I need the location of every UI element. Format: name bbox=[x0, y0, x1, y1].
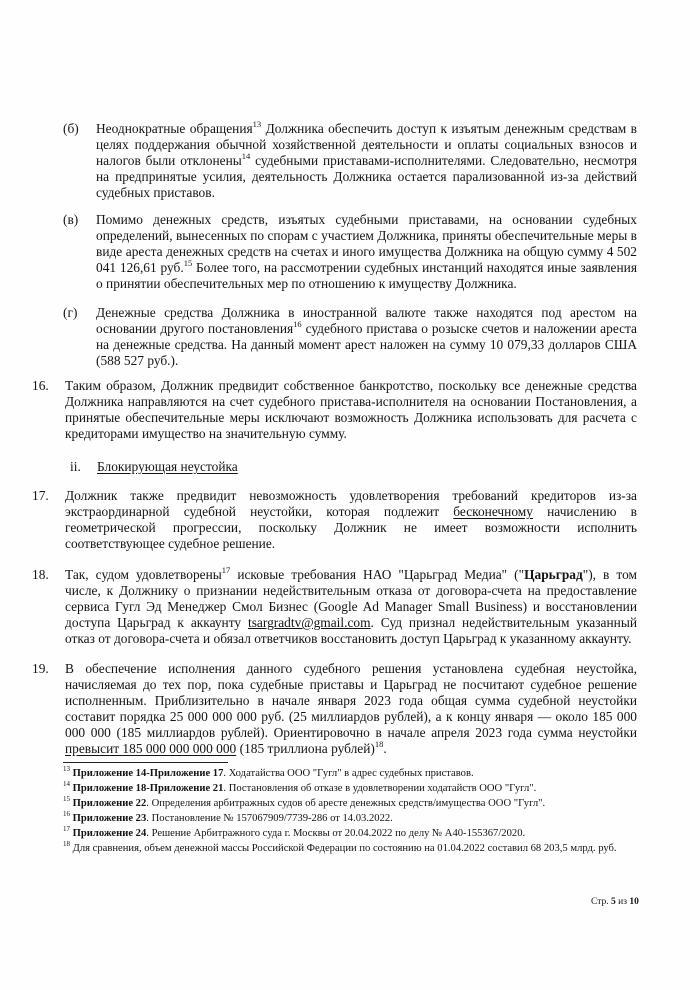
document-page: (б) Неоднократные обращения13 Должника о… bbox=[0, 0, 700, 990]
paragraph-number: 17. bbox=[32, 488, 49, 504]
sub-item-v: (в) Помимо денежных средств, изъятых суд… bbox=[63, 212, 637, 292]
paragraph-18: 18. Так, судом удовлетворены17 исковые т… bbox=[32, 567, 637, 647]
sub-item-label: (в) bbox=[63, 212, 78, 228]
defined-term: Царьград bbox=[524, 567, 583, 582]
footnote-ref[interactable]: 14 bbox=[242, 151, 251, 161]
footnote-15: 15 Приложение 22. Определения арбитражны… bbox=[63, 798, 637, 810]
underlined-text: бесконечному bbox=[453, 504, 533, 519]
footnote-ref[interactable]: 15 bbox=[184, 258, 193, 268]
footnote-18: 18 Для сравнения, объем денежной массы Р… bbox=[63, 843, 637, 855]
footnote-separator bbox=[63, 762, 228, 763]
paragraph-number: 19. bbox=[32, 661, 49, 677]
footnote-ref[interactable]: 13 bbox=[253, 119, 262, 129]
underlined-text: превысит 185 000 000 000 000 bbox=[65, 741, 236, 756]
sub-item-label: (г) bbox=[63, 305, 77, 321]
email-link[interactable]: tsargradtv@gmail.com bbox=[248, 615, 371, 630]
sub-item-g: (г) Денежные средства Должника в иностра… bbox=[63, 305, 637, 369]
sub-item-text: Денежные средства Должника в иностранной… bbox=[96, 305, 637, 369]
paragraph-text: Должник также предвидит невозможность уд… bbox=[65, 488, 637, 552]
page-number: Стр. 5 из 10 bbox=[591, 897, 639, 907]
section-number: ii. bbox=[70, 459, 81, 474]
paragraph-text: В обеспечение исполнения данного судебно… bbox=[65, 661, 637, 757]
paragraph-16: 16. Таким образом, Должник предвидит соб… bbox=[32, 378, 637, 442]
footnote-17: 17 Приложение 24. Решение Арбитражного с… bbox=[63, 828, 637, 840]
sub-item-label: (б) bbox=[63, 121, 79, 137]
sub-item-text: Помимо денежных средств, изъятых судебны… bbox=[96, 212, 637, 292]
footnote-ref[interactable]: 18 bbox=[375, 739, 384, 749]
paragraph-text: Таким образом, Должник предвидит собстве… bbox=[65, 378, 637, 442]
paragraph-number: 16. bbox=[32, 378, 49, 394]
footnote-14: 14 Приложение 18-Приложение 21. Постанов… bbox=[63, 783, 637, 795]
paragraph-number: 18. bbox=[32, 567, 49, 583]
footnote-16: 16 Приложение 23. Постановление № 157067… bbox=[63, 813, 637, 825]
footnote-ref[interactable]: 16 bbox=[293, 319, 302, 329]
sub-item-b: (б) Неоднократные обращения13 Должника о… bbox=[63, 121, 637, 201]
paragraph-text: Так, судом удовлетворены17 исковые требо… bbox=[65, 567, 637, 647]
footnote-13: 13 Приложение 14-Приложение 17. Ходатайс… bbox=[63, 768, 637, 780]
footnote-ref[interactable]: 17 bbox=[222, 565, 231, 575]
section-heading: ii. Блокирующая неустойка bbox=[70, 459, 81, 475]
section-title: Блокирующая неустойка bbox=[97, 459, 238, 475]
paragraph-19: 19. В обеспечение исполнения данного суд… bbox=[32, 661, 637, 757]
paragraph-17: 17. Должник также предвидит невозможност… bbox=[32, 488, 637, 552]
sub-item-text: Неоднократные обращения13 Должника обесп… bbox=[96, 121, 637, 201]
